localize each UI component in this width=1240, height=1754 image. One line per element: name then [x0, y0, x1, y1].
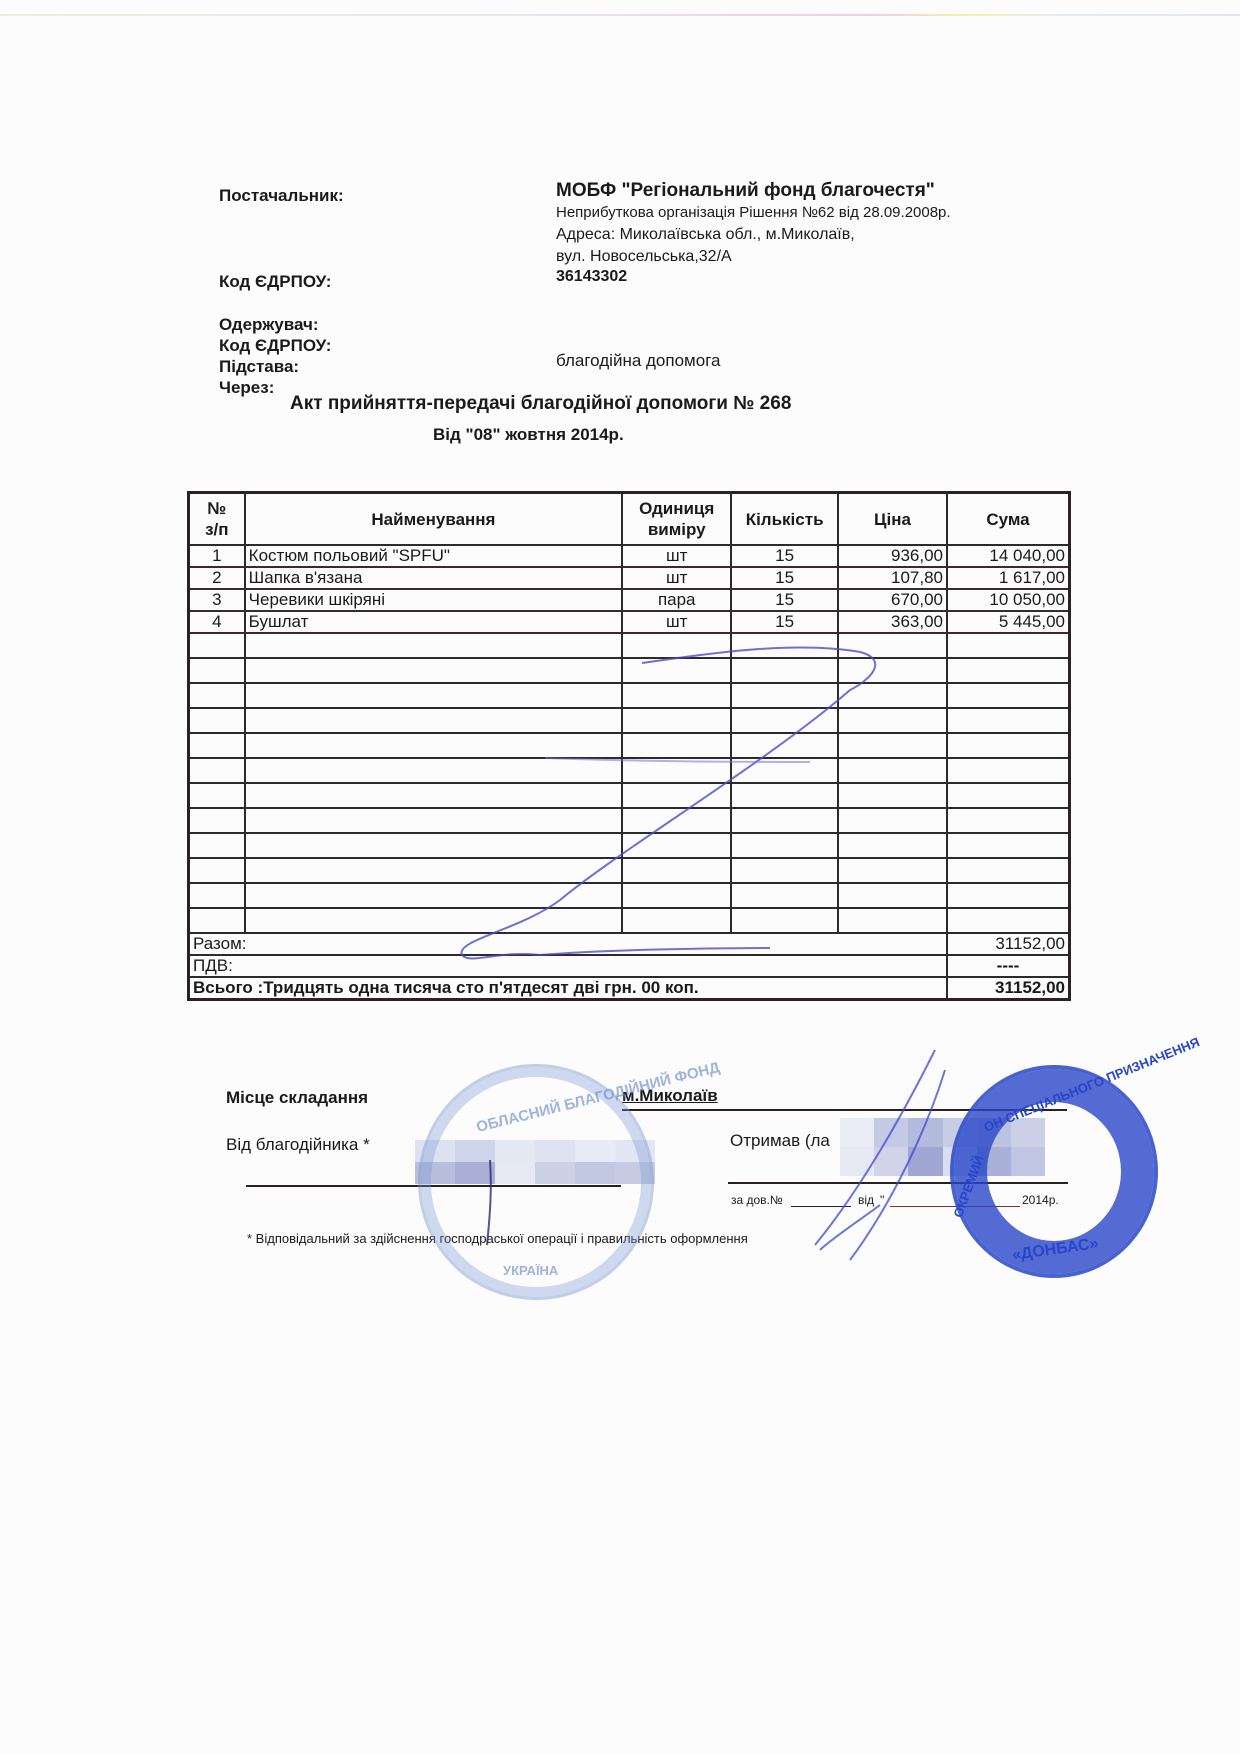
empty-cell [245, 633, 623, 658]
power-of-attorney-from: від [858, 1193, 874, 1207]
empty-cell [947, 808, 1070, 833]
subtotal-value: 31152,00 [947, 933, 1070, 955]
empty-table-row [189, 833, 1070, 858]
empty-cell [245, 808, 623, 833]
empty-cell [947, 708, 1070, 733]
empty-cell [189, 808, 245, 833]
column-header-price: Ціна [838, 493, 947, 546]
empty-cell [947, 783, 1070, 808]
row-name: Черевики шкіряні [245, 589, 623, 611]
empty-cell [622, 683, 731, 708]
empty-cell [838, 908, 947, 933]
column-header-sum: Сума [947, 493, 1070, 546]
empty-cell [622, 658, 731, 683]
row-number: 1 [189, 545, 245, 567]
row-number: 2 [189, 567, 245, 589]
empty-cell [245, 783, 623, 808]
empty-table-row [189, 708, 1070, 733]
empty-cell [731, 808, 838, 833]
document-title: Акт прийняття-передачі благодійної допом… [290, 393, 791, 415]
table-row: 1 Костюм польовий "SPFU" шт 15 936,00 14… [189, 545, 1070, 567]
empty-cell [838, 683, 947, 708]
recipient-edrpou-label: Код ЄДРПОУ: [219, 336, 331, 356]
empty-cell [189, 783, 245, 808]
row-name: Шапка в'язана [245, 567, 623, 589]
empty-cell [947, 683, 1070, 708]
empty-cell [245, 833, 623, 858]
empty-cell [947, 658, 1070, 683]
edrpou-value: 36143302 [556, 268, 627, 286]
supplier-name: МОБФ "Регіональний фонд благочестя" [556, 180, 935, 202]
empty-cell [838, 833, 947, 858]
row-sum: 5 445,00 [947, 611, 1070, 633]
empty-cell [245, 858, 623, 883]
row-number: 4 [189, 611, 245, 633]
empty-cell [947, 758, 1070, 783]
empty-cell [838, 708, 947, 733]
recipient-stamp-bottom: «ДОНБАС» [1011, 1235, 1099, 1265]
recipient-stamp-left: ОКРЕМИЙ [950, 1153, 986, 1219]
empty-cell [189, 758, 245, 783]
subtotal-label: Разом: [189, 933, 947, 955]
donor-label: Від благодійника * [226, 1135, 370, 1155]
vat-value: ---- [947, 955, 1070, 977]
via-label: Через: [219, 378, 274, 398]
supplier-address-line-1: Адреса: Миколаївська обл., м.Миколаїв, [556, 226, 855, 244]
empty-cell [189, 658, 245, 683]
empty-cell [731, 758, 838, 783]
empty-cell [731, 908, 838, 933]
empty-cell [947, 733, 1070, 758]
row-quantity: 15 [731, 545, 838, 567]
empty-table-row [189, 883, 1070, 908]
power-of-attorney-quote: " [880, 1193, 884, 1207]
empty-table-row [189, 658, 1070, 683]
empty-cell [189, 708, 245, 733]
empty-cell [189, 833, 245, 858]
empty-table-row [189, 908, 1070, 933]
empty-cell [731, 658, 838, 683]
empty-cell [622, 883, 731, 908]
edrpou-label: Код ЄДРПОУ: [219, 272, 331, 292]
empty-cell [245, 758, 623, 783]
document-date: Від "08" жовтня 2014р. [433, 425, 624, 445]
grand-total-row: Всього :Тридцять одна тисяча сто п'ятдес… [189, 977, 1070, 1000]
subtotal-row: Разом: 31152,00 [189, 933, 1070, 955]
empty-cell [838, 883, 947, 908]
empty-table-row [189, 758, 1070, 783]
row-price: 936,00 [838, 545, 947, 567]
table-row: 3 Черевики шкіряні пара 15 670,00 10 050… [189, 589, 1070, 611]
empty-cell [947, 908, 1070, 933]
place-label: Місце складання [226, 1088, 368, 1108]
supplier-info: Неприбуткова організація Рішення №62 від… [556, 204, 951, 221]
empty-cell [838, 733, 947, 758]
empty-cell [189, 883, 245, 908]
empty-cell [622, 758, 731, 783]
row-name: Костюм польовий "SPFU" [245, 545, 623, 567]
empty-table-row [189, 683, 1070, 708]
empty-table-row [189, 633, 1070, 658]
empty-cell [245, 683, 623, 708]
empty-cell [622, 833, 731, 858]
empty-cell [189, 633, 245, 658]
table-row: 4 Бушлат шт 15 363,00 5 445,00 [189, 611, 1070, 633]
empty-cell [731, 633, 838, 658]
empty-cell [731, 858, 838, 883]
empty-cell [731, 783, 838, 808]
grand-total-label: Всього :Тридцять одна тисяча сто п'ятдес… [189, 977, 947, 1000]
row-name: Бушлат [245, 611, 623, 633]
row-sum: 10 050,00 [947, 589, 1070, 611]
basis-value: благодійна допомога [556, 351, 720, 371]
row-unit: шт [622, 545, 731, 567]
empty-table-row [189, 783, 1070, 808]
row-number: 3 [189, 589, 245, 611]
supplier-address-line-2: вул. Новосельська,32/А [556, 248, 732, 266]
empty-cell [838, 758, 947, 783]
recipient-stamp-top: ОН СПЕЦІАЛЬНОГО ПРИЗНАЧЕННЯ [982, 1034, 1202, 1135]
empty-cell [731, 733, 838, 758]
empty-cell [947, 883, 1070, 908]
row-sum: 1 617,00 [947, 567, 1070, 589]
empty-cell [245, 733, 623, 758]
empty-cell [838, 658, 947, 683]
power-of-attorney-line [791, 1206, 851, 1207]
vat-label: ПДВ: [189, 955, 947, 977]
empty-cell [622, 733, 731, 758]
row-quantity: 15 [731, 611, 838, 633]
column-header-quantity: Кількість [731, 493, 838, 546]
empty-cell [622, 858, 731, 883]
empty-cell [947, 633, 1070, 658]
donor-stamp-bottom: УКРАЇНА [503, 1263, 558, 1278]
empty-cell [189, 858, 245, 883]
empty-cell [245, 708, 623, 733]
empty-cell [189, 908, 245, 933]
empty-table-row [189, 858, 1070, 883]
vat-row: ПДВ: ---- [189, 955, 1070, 977]
row-quantity: 15 [731, 589, 838, 611]
empty-cell [189, 683, 245, 708]
empty-cell [622, 633, 731, 658]
column-header-unit: Одиницявиміру [622, 493, 731, 546]
empty-cell [731, 833, 838, 858]
empty-cell [245, 908, 623, 933]
recipient-label: Одержувач: [219, 315, 319, 335]
table-row: 2 Шапка в'язана шт 15 107,80 1 617,00 [189, 567, 1070, 589]
row-sum: 14 040,00 [947, 545, 1070, 567]
basis-label: Підстава: [219, 357, 299, 377]
row-unit: пара [622, 589, 731, 611]
empty-cell [189, 733, 245, 758]
empty-table-row [189, 733, 1070, 758]
empty-cell [947, 833, 1070, 858]
empty-cell [245, 883, 623, 908]
empty-cell [947, 858, 1070, 883]
items-table: №з/п Найменування Одиницявиміру Кількіст… [187, 491, 1071, 1001]
row-unit: шт [622, 567, 731, 589]
table-header-row: №з/п Найменування Одиницявиміру Кількіст… [189, 493, 1070, 546]
empty-cell [731, 683, 838, 708]
empty-cell [838, 633, 947, 658]
donor-stamp: ОБЛАСНИЙ БЛАГОДІЙНИЙ ФОНД УКРАЇНА [418, 1064, 654, 1300]
supplier-label: Постачальник: [219, 186, 344, 206]
grand-total-value: 31152,00 [947, 977, 1070, 1000]
empty-cell [622, 708, 731, 733]
row-price: 670,00 [838, 589, 947, 611]
empty-cell [838, 808, 947, 833]
recipient-stamp: ОН СПЕЦІАЛЬНОГО ПРИЗНАЧЕННЯ ОКРЕМИЙ «ДОН… [950, 1065, 1158, 1278]
column-header-number: №з/п [189, 493, 245, 546]
received-label: Отримав (ла [730, 1131, 830, 1151]
power-of-attorney-label: за дов.№ [731, 1193, 783, 1207]
row-price: 363,00 [838, 611, 947, 633]
empty-cell [731, 708, 838, 733]
row-quantity: 15 [731, 567, 838, 589]
empty-cell [838, 858, 947, 883]
empty-cell [838, 783, 947, 808]
row-unit: шт [622, 611, 731, 633]
row-price: 107,80 [838, 567, 947, 589]
column-header-name: Найменування [245, 493, 623, 546]
empty-cell [731, 883, 838, 908]
scan-edge-line [0, 14, 1240, 16]
empty-cell [245, 658, 623, 683]
empty-cell [622, 808, 731, 833]
empty-table-row [189, 808, 1070, 833]
empty-cell [622, 783, 731, 808]
empty-cell [622, 908, 731, 933]
